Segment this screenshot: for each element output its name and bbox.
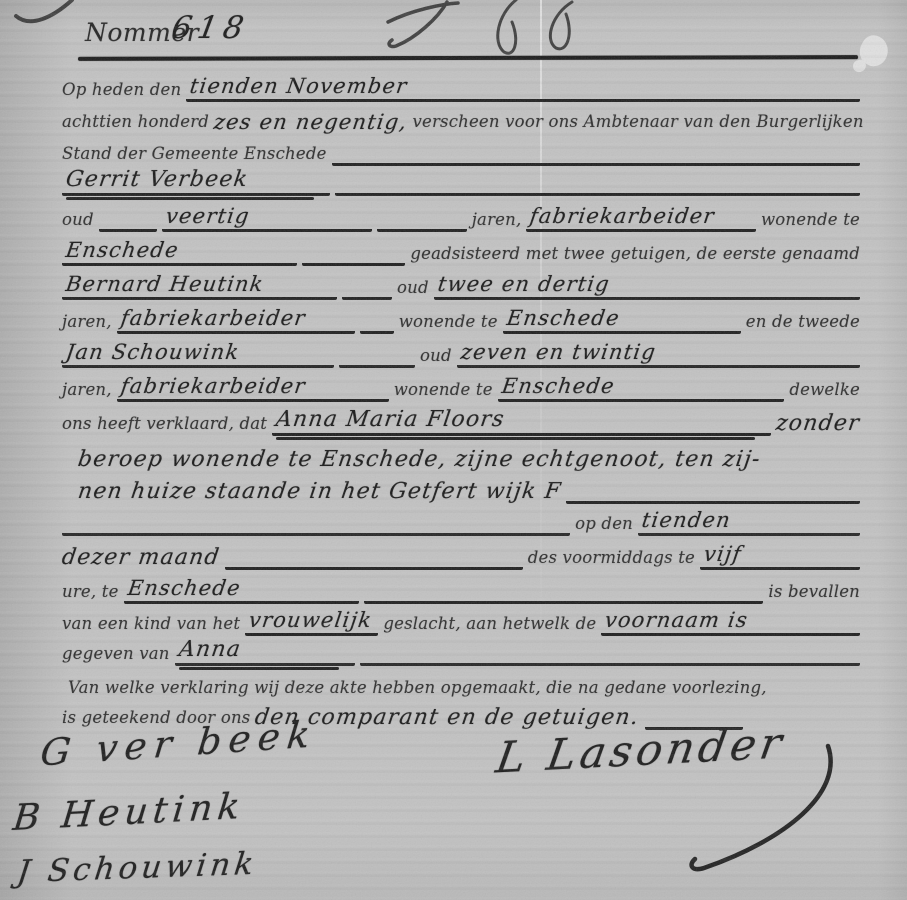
- filled-blank: Enschede: [503, 306, 741, 334]
- handwritten-text: tienden: [640, 508, 732, 532]
- printed-text: jaren,: [472, 210, 522, 232]
- handwritten-text: vrouwelijk: [248, 608, 375, 632]
- form-line-7: Bernard Heutink oud twee en dertig: [62, 266, 860, 300]
- printed-text: jaren,: [62, 312, 112, 334]
- form-line-11: ons heeft verklaard, dat Anna Maria Floo…: [62, 402, 860, 436]
- header-rule: [78, 55, 858, 61]
- printed-text: verscheen voor ons Ambtenaar van den Bur…: [412, 112, 863, 134]
- handwritten-text: Anna Maria Floors: [274, 407, 506, 432]
- handwritten-text: Anna: [177, 637, 243, 662]
- signature-witness-1: B Heutink: [11, 786, 247, 839]
- filled-blank: Anna Maria Floors: [272, 407, 771, 436]
- filled-blank: tienden: [638, 508, 860, 536]
- form-line-10: jaren, fabriekarbeider wonende te Ensche…: [62, 368, 860, 402]
- empty-rule: [335, 184, 860, 196]
- empty-rule: [99, 220, 157, 232]
- empty-rule: [62, 524, 570, 536]
- filled-blank: Bernard Heutink: [62, 272, 337, 300]
- signature-witness-2: J Schouwink: [15, 846, 259, 890]
- handwritten-text: veertig: [164, 204, 251, 228]
- handwritten-text: beroep wonende te Enschede, zijne echtge…: [76, 447, 762, 472]
- form-line-2: achttien honderd zes en negentig, versch…: [62, 100, 860, 134]
- printed-text: oud: [397, 278, 429, 300]
- handwritten-text: twee en dertig: [436, 272, 611, 296]
- printed-text: wonende te: [394, 380, 493, 402]
- printed-text: oud: [62, 210, 94, 232]
- paper-artifact: [855, 31, 894, 71]
- printed-text: oud: [420, 346, 452, 368]
- form-line-14: op den tienden: [62, 502, 860, 536]
- form-line-1: Op heden den tienden November: [62, 68, 860, 102]
- form-line-16: ure, te Enschede is bevallen: [62, 570, 860, 604]
- printed-text: gegeven van: [62, 644, 170, 666]
- empty-rule: [302, 254, 405, 266]
- filled-blank: vijf: [700, 542, 860, 570]
- filled-blank: fabriekarbeider: [117, 306, 355, 334]
- handwritten-text: Enschede: [126, 576, 242, 600]
- filled-blank: fabriekarbeider: [526, 204, 756, 232]
- handwritten-text: fabriekarbeider: [119, 374, 307, 398]
- record-number-value: 618: [169, 10, 253, 46]
- printed-text: Op heden den: [62, 80, 181, 102]
- printed-text: dewelke: [789, 380, 860, 402]
- form-line-3: Stand der Gemeente Enschede: [62, 132, 860, 166]
- form-line-6: Enschede geadsisteerd met twee getuigen,…: [62, 232, 860, 266]
- handwritten-text: fabriekarbeider: [529, 204, 717, 228]
- filled-blank: Anna: [175, 637, 355, 666]
- filled-blank: Gerrit Verbeek: [62, 167, 330, 196]
- empty-rule: [360, 654, 860, 666]
- handwritten-text: Gerrit Verbeek: [64, 167, 250, 192]
- form-line-4: Gerrit Verbeek: [62, 162, 860, 196]
- handwritten-text: voornaam is: [604, 608, 750, 632]
- empty-rule: [342, 288, 392, 300]
- printed-text: des voormiddags te: [528, 548, 695, 570]
- handwritten-text: Enschede: [64, 238, 180, 262]
- filled-blank: Enschede: [498, 374, 785, 402]
- printed-text: en de tweede: [746, 312, 860, 334]
- printed-text: geadsisteerd met twee getuigen, de eerst…: [410, 244, 860, 266]
- filled-blank: zeven en twintig: [457, 340, 860, 368]
- handwritten-text: fabriekarbeider: [119, 306, 307, 330]
- handwritten-text: tienden November: [189, 74, 410, 98]
- empty-rule: [339, 356, 415, 368]
- filled-blank: Enschede: [124, 576, 359, 604]
- form-line-9: Jan Schouwink oud zeven en twintig: [62, 334, 860, 368]
- form-line-19: Van welke verklaring wij deze akte hebbe…: [62, 666, 860, 700]
- handwritten-text: zeven en twintig: [459, 340, 657, 364]
- handwritten-text: nen huize staande in het Getfert wijk F: [76, 479, 563, 504]
- printed-text: ure, te: [62, 582, 119, 604]
- form-line-15: dezer maand des voormiddags te vijf: [62, 536, 860, 570]
- handwritten-text: vijf: [702, 542, 743, 566]
- filled-blank: twee en dertig: [434, 272, 860, 300]
- filled-blank: tienden November: [186, 74, 860, 102]
- handwritten-text: zonder: [774, 411, 861, 436]
- filled-blank: veertig: [162, 204, 372, 232]
- handwritten-text: zes en negentig,: [212, 110, 409, 134]
- form-line-18: gegeven van Anna: [62, 632, 860, 666]
- handwritten-text: dezer maand: [60, 545, 221, 570]
- form-line-12: beroep wonende te Enschede, zijne echtge…: [62, 438, 860, 472]
- printed-text: jaren,: [62, 380, 112, 402]
- form-line-5: oud veertig jaren, fabriekarbeider wonen…: [62, 198, 860, 232]
- form-line-13: nen huize staande in het Getfert wijk F: [62, 470, 860, 504]
- printed-text: wonende te: [399, 312, 498, 334]
- empty-rule: [360, 322, 394, 334]
- handwritten-text: Enschede: [500, 374, 616, 398]
- empty-rule: [377, 220, 467, 232]
- empty-rule: [225, 558, 523, 570]
- printed-text: is bevallen: [768, 582, 860, 604]
- filled-blank: Jan Schouwink: [62, 340, 334, 368]
- handwritten-text: Bernard Heutink: [64, 272, 265, 296]
- scanned-birth-record: Nommer 618 Op heden den tienden November…: [0, 0, 907, 900]
- filled-blank: Enschede: [62, 238, 297, 266]
- handwritten-text: Jan Schouwink: [64, 340, 241, 364]
- printed-text: op den: [575, 514, 633, 536]
- printed-text: ons heeft verklaard, dat: [62, 414, 267, 436]
- printed-text: achttien honderd: [62, 112, 209, 134]
- printed-text: wonende te: [761, 210, 860, 232]
- handwritten-text: Enschede: [505, 306, 621, 330]
- form-line-17: van een kind van het vrouwelijk geslacht…: [62, 602, 860, 636]
- form-line-8: jaren, fabriekarbeider wonende te Ensche…: [62, 300, 860, 334]
- filled-blank: fabriekarbeider: [117, 374, 389, 402]
